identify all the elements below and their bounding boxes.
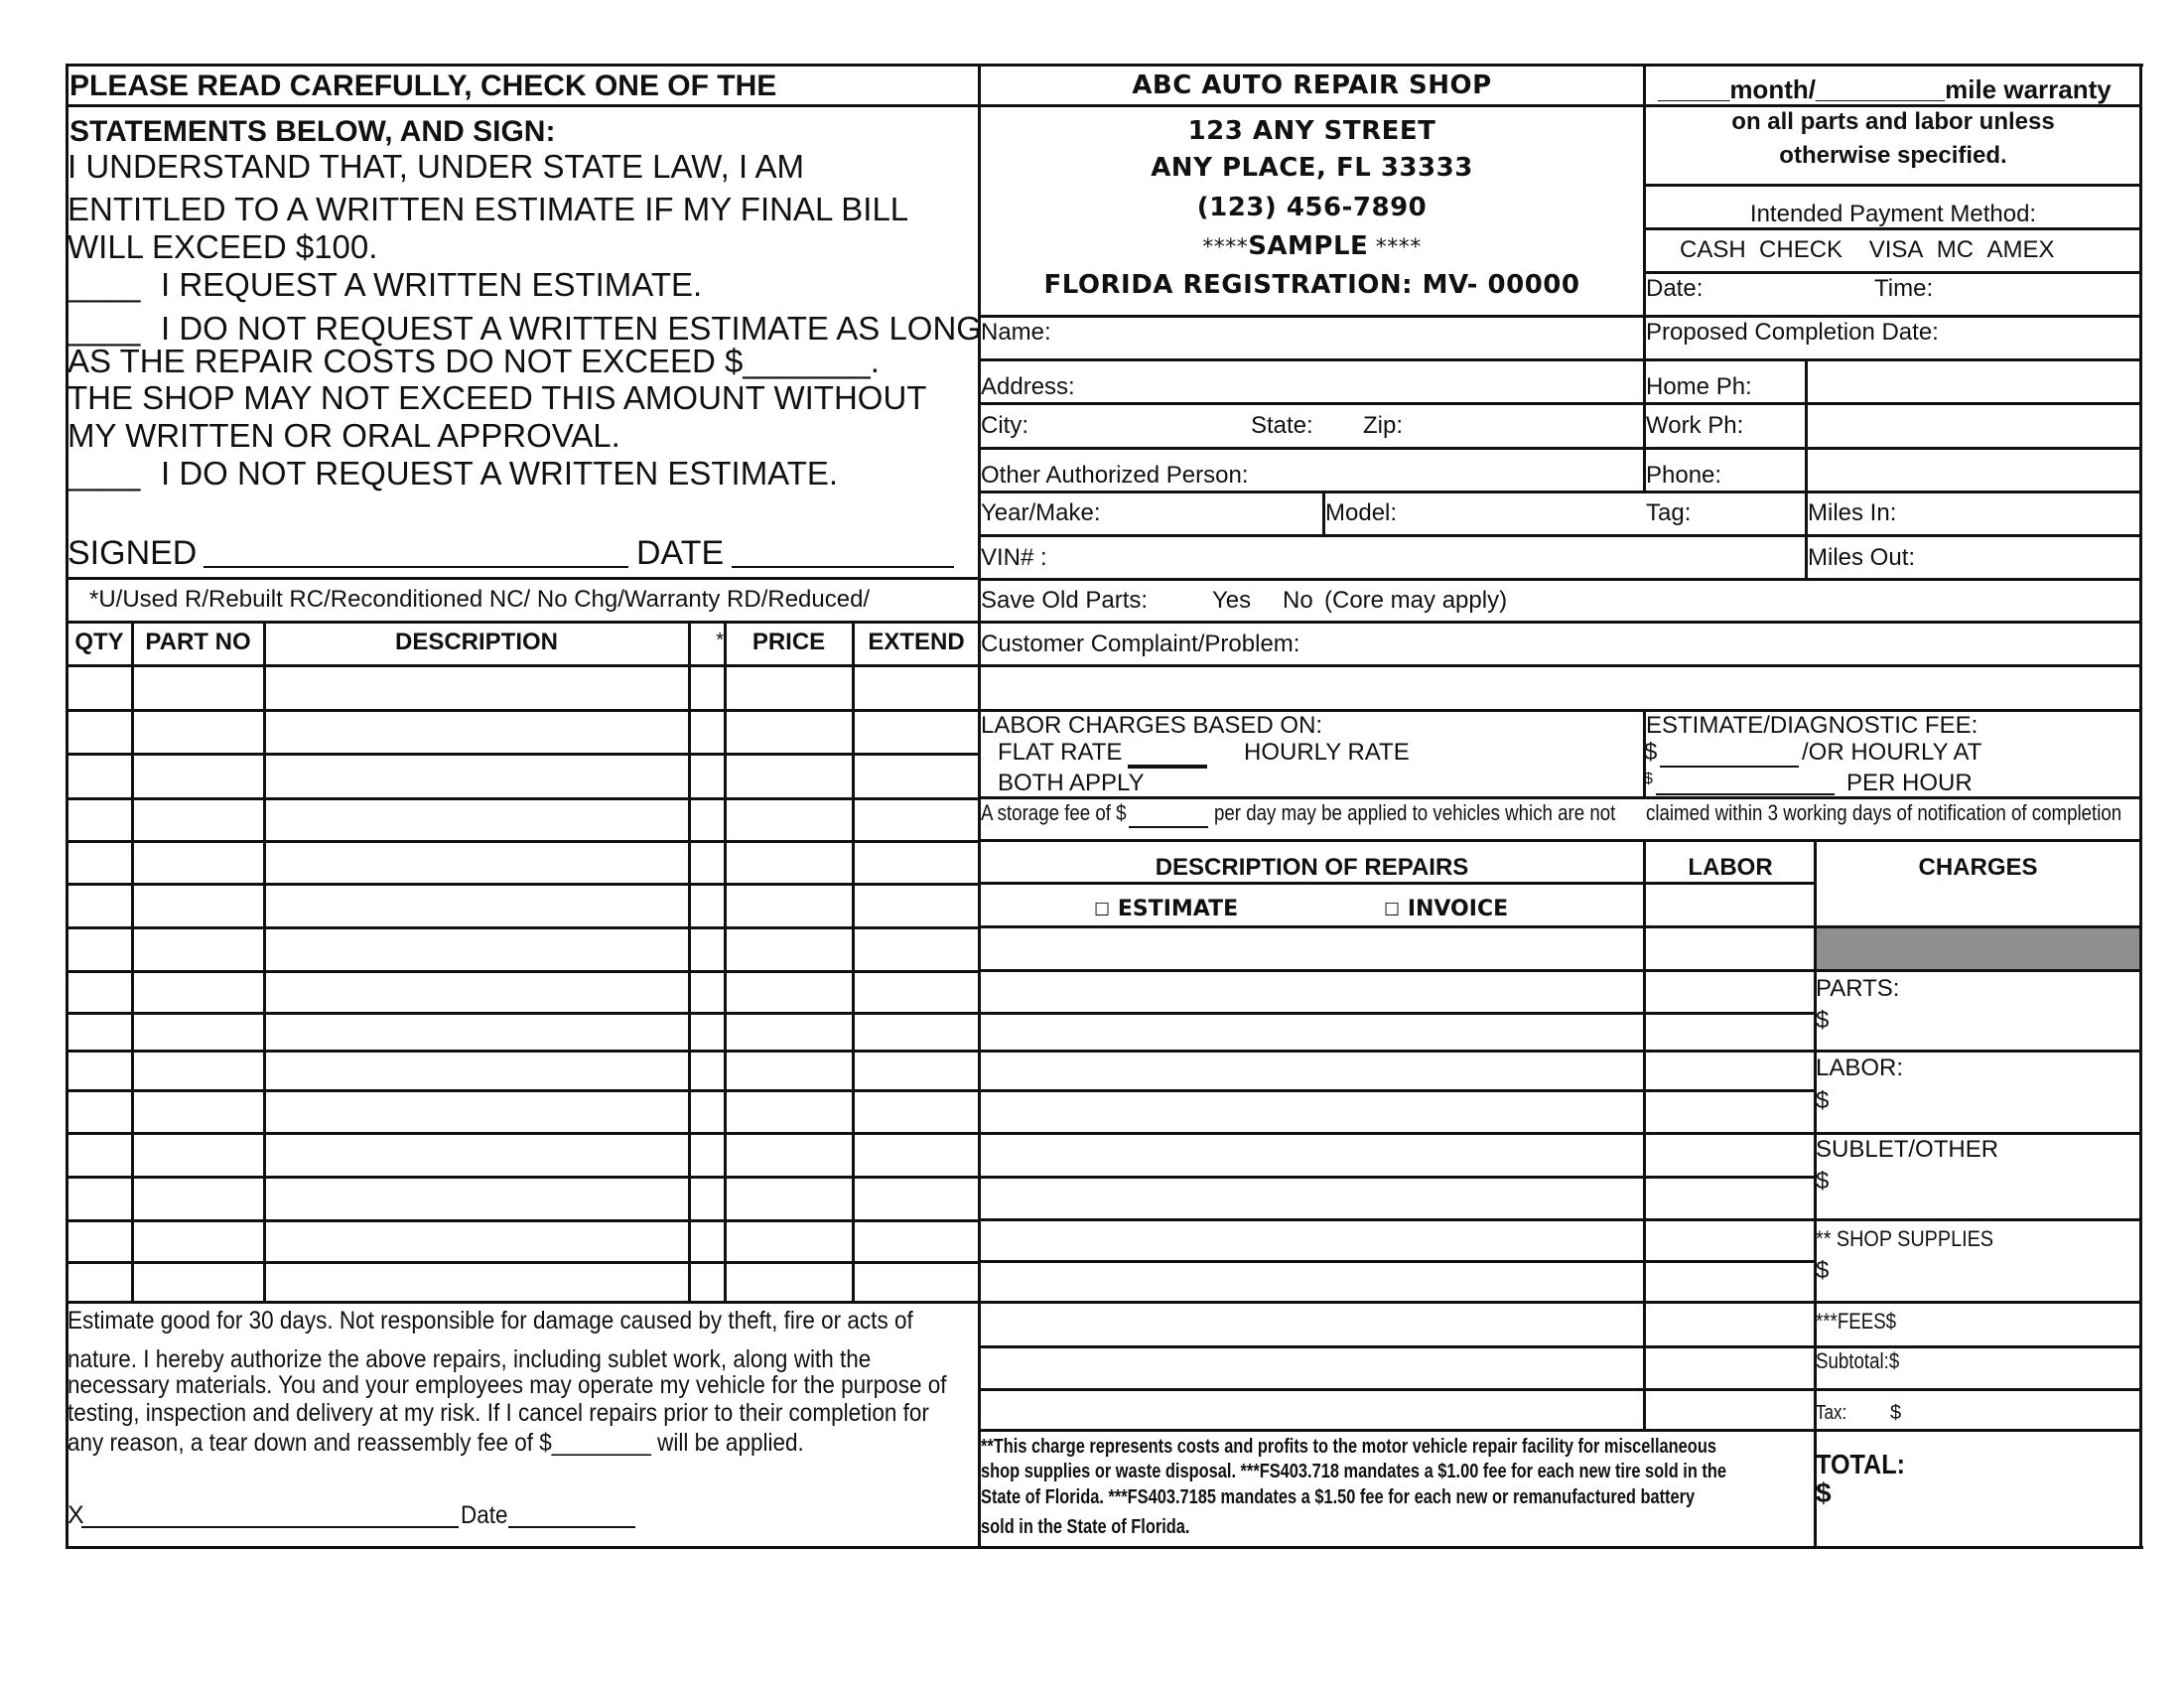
state-label: State: <box>1251 414 1313 438</box>
save-old-parts-no[interactable]: No <box>1283 589 1313 613</box>
phone-field[interactable] <box>1809 450 2136 490</box>
auth-line5: any reason, a tear down and reassembly f… <box>68 1431 804 1456</box>
repairs-charges-header: CHARGES <box>1817 856 2139 880</box>
work-phone-label: Work Ph: <box>1646 414 1743 438</box>
consent-intro-line1: I UNDERSTAND THAT, UNDER STATE LAW, I AM <box>68 150 804 183</box>
time-label: Time: <box>1874 277 1933 301</box>
storage-fee-mid: per day may be applied to vehicles which… <box>1214 802 1615 824</box>
miles-out-label: Miles Out: <box>1808 546 1915 570</box>
invoice-checkbox-label: INVOICE <box>1408 897 1508 921</box>
option1-text: I REQUEST A WRITTEN ESTIMATE. <box>161 268 702 301</box>
option2-text-line1: I DO NOT REQUEST A WRITTEN ESTIMATE AS L… <box>161 312 982 345</box>
payment-cash[interactable]: CASH <box>1680 236 1746 263</box>
sample-prefix: **** <box>1202 235 1248 260</box>
charges-sublet-dollar[interactable]: $ <box>1816 1170 1829 1194</box>
flat-rate-line[interactable] <box>1128 765 1207 769</box>
auth-x-label: X <box>68 1503 84 1528</box>
vin-label: VIN# : <box>981 546 1047 570</box>
consent-date-label: DATE <box>636 536 724 570</box>
charges-sublet-label: SUBLET/OTHER <box>1816 1138 1998 1162</box>
hourly-fee-dollar: $ <box>1644 772 1653 787</box>
estimate-fee-dollar: $ <box>1644 741 1657 765</box>
proposed-completion-label: Proposed Completion Date: <box>1646 321 1939 345</box>
option2-text-line3: THE SHOP MAY NOT EXCEED THIS AMOUNT WITH… <box>68 381 926 414</box>
address-field[interactable] <box>1082 361 1638 401</box>
shop-registration: FLORIDA REGISTRATION: MV- 00000 <box>981 272 1643 298</box>
invoice-checkbox[interactable]: ☐ INVOICE <box>1384 899 1508 920</box>
shop-sample-mark: ****SAMPLE **** <box>981 233 1643 259</box>
payment-visa[interactable]: VISA <box>1869 236 1924 263</box>
option3-text: I DO NOT REQUEST A WRITTEN ESTIMATE. <box>161 457 838 490</box>
sample-suffix: **** <box>1368 235 1422 260</box>
repairs-description-header: DESCRIPTION OF REPAIRS <box>981 856 1643 880</box>
miles-in-label: Miles In: <box>1808 501 1896 525</box>
warranty-mile-label: mile warranty <box>1945 74 2112 104</box>
charges-subtotal-label[interactable]: Subtotal:$ <box>1816 1350 1899 1372</box>
warranty-month-label: month/ <box>1729 74 1816 104</box>
consent-heading-line1: PLEASE READ CAREFULLY, CHECK ONE OF THE <box>69 71 776 101</box>
consent-heading-line2: STATEMENTS BELOW, AND SIGN: <box>69 117 555 147</box>
estimate-checkbox[interactable]: ☐ ESTIMATE <box>1094 899 1238 920</box>
charges-shop-supplies-dollar[interactable]: $ <box>1816 1259 1829 1283</box>
both-apply-label: BOTH APPLY <box>998 772 1145 795</box>
col-price: PRICE <box>726 631 852 654</box>
part-codes-legend: *U/Used R/Rebuilt RC/Reconditioned NC/ N… <box>89 588 870 612</box>
storage-fee-left: A storage fee of $ <box>981 802 1127 824</box>
signature-line[interactable] <box>204 566 628 568</box>
col-qty: QTY <box>68 631 131 654</box>
estimate-fee-label: ESTIMATE/DIAGNOSTIC FEE: <box>1646 714 1978 738</box>
consent-intro-line3: WILL EXCEED $100. <box>68 230 377 263</box>
storage-fee-right: claimed within 3 working days of notific… <box>1646 802 2121 824</box>
payment-mc[interactable]: MC <box>1937 236 1974 263</box>
name-label: Name: <box>981 321 1051 345</box>
option1-checkline[interactable]: ____ <box>68 268 140 301</box>
labor-based-on-label: LABOR CHARGES BASED ON: <box>981 714 1322 738</box>
other-person-label: Other Authorized Person: <box>981 464 1248 488</box>
charges-total-dollar[interactable]: $ <box>1816 1479 1832 1507</box>
save-old-parts-label: Save Old Parts: <box>981 589 1148 613</box>
repairs-labor-header: LABOR <box>1646 856 1815 880</box>
model-label: Model: <box>1325 501 1397 525</box>
footnote-line3: State of Florida. ***FS403.7185 mandates… <box>981 1487 1695 1507</box>
payment-amex[interactable]: AMEX <box>1986 236 2054 263</box>
estimate-checkbox-icon: ☐ <box>1094 900 1110 920</box>
save-old-parts-yes[interactable]: Yes <box>1212 589 1251 613</box>
flat-rate-label: FLAT RATE <box>998 741 1122 765</box>
footnote-line4: sold in the State of Florida. <box>981 1517 1189 1537</box>
charges-parts-label: PARTS: <box>1816 977 1899 1001</box>
repairs-labor-rows[interactable] <box>1646 928 1813 1428</box>
auth-date-label: Date <box>461 1503 508 1528</box>
charges-parts-dollar[interactable]: $ <box>1816 1009 1829 1033</box>
consent-date-line[interactable] <box>732 566 954 568</box>
payment-methods: CASH CHECK VISA MC AMEX <box>1680 238 2054 262</box>
signed-label: SIGNED <box>68 536 197 570</box>
parts-rows[interactable] <box>68 667 978 1301</box>
shop-phone: (123) 456-7890 <box>981 195 1643 220</box>
option2-text-line2: AS THE REPAIR COSTS DO NOT EXCEED $_____… <box>68 345 880 377</box>
home-phone-field[interactable] <box>1809 361 2136 401</box>
charges-shop-supplies-label: ** SHOP SUPPLIES <box>1816 1228 1993 1250</box>
consent-intro-line2: ENTITLED TO A WRITTEN ESTIMATE IF MY FIN… <box>68 193 908 225</box>
charges-fees-label[interactable]: ***FEES$ <box>1816 1311 1896 1333</box>
auth-date-line[interactable] <box>508 1526 635 1528</box>
charges-shaded-cell <box>1817 928 2139 969</box>
shop-name: ABC AUTO REPAIR SHOP <box>981 72 1643 98</box>
option2-checkline[interactable]: ____ <box>68 312 140 345</box>
warranty-line1: _____month/_________mile warranty <box>1658 76 2112 102</box>
storage-fee-line[interactable] <box>1129 826 1208 828</box>
option3-checkline[interactable]: ____ <box>68 457 140 490</box>
complaint-field[interactable] <box>981 667 2137 708</box>
estimate-fee-line[interactable] <box>1660 766 1799 768</box>
year-make-label: Year/Make: <box>981 501 1101 525</box>
warranty-line2: on all parts and labor unless <box>1646 110 2140 134</box>
charges-tax-dollar[interactable]: $ <box>1890 1403 1901 1423</box>
col-extend: EXTEND <box>854 631 979 654</box>
option2-text-line4: MY WRITTEN OR ORAL APPROVAL. <box>68 419 620 452</box>
hourly-fee-line[interactable] <box>1656 793 1835 795</box>
tag-label: Tag: <box>1646 501 1691 525</box>
col-description: DESCRIPTION <box>265 631 688 654</box>
sample-text: SAMPLE <box>1248 231 1368 261</box>
invoice-checkbox-icon: ☐ <box>1384 900 1400 920</box>
date-label: Date: <box>1646 277 1703 301</box>
charges-tax-label: Tax: <box>1816 1403 1846 1423</box>
auth-signature-line[interactable] <box>81 1526 459 1528</box>
zip-label: Zip: <box>1363 414 1403 438</box>
auth-line2: nature. I hereby authorize the above rep… <box>68 1347 871 1372</box>
payment-check[interactable]: CHECK <box>1759 236 1843 263</box>
or-hourly-at-label: /OR HOURLY AT <box>1802 741 1981 765</box>
shop-street: 123 ANY STREET <box>981 118 1643 144</box>
col-part-no: PART NO <box>133 631 263 654</box>
charges-labor-label: LABOR: <box>1816 1056 1903 1080</box>
shop-city: ANY PLACE, FL 33333 <box>981 155 1643 181</box>
auth-line1: Estimate good for 30 days. Not responsib… <box>68 1309 913 1334</box>
hourly-rate-label: HOURLY RATE <box>1244 741 1410 765</box>
warranty-month-blank[interactable]: _____ <box>1658 74 1729 104</box>
per-hour-label: PER HOUR <box>1846 772 1973 795</box>
col-code: * <box>691 631 724 650</box>
name-field[interactable] <box>1062 318 1638 357</box>
footnote-line2: shop supplies or waste disposal. ***FS40… <box>981 1462 1726 1481</box>
auth-line3: necessary materials. You and your employ… <box>68 1373 946 1398</box>
charges-labor-dollar[interactable]: $ <box>1816 1089 1829 1113</box>
warranty-mile-blank[interactable]: _________ <box>1816 74 1945 104</box>
home-phone-label: Home Ph: <box>1646 375 1752 399</box>
work-phone-field[interactable] <box>1809 405 2136 445</box>
warranty-line3: otherwise specified. <box>1646 144 2140 168</box>
footnote-line1: **This charge represents costs and profi… <box>981 1437 1716 1457</box>
city-label: City: <box>981 414 1028 438</box>
auth-line4: testing, inspection and delivery at my r… <box>68 1401 929 1426</box>
repairs-description-rows[interactable] <box>981 928 1642 1428</box>
payment-method-label: Intended Payment Method: <box>1646 203 2140 226</box>
phone-label: Phone: <box>1646 464 1721 488</box>
complaint-label: Customer Complaint/Problem: <box>981 633 1299 656</box>
address-label: Address: <box>981 375 1075 399</box>
estimate-checkbox-label: ESTIMATE <box>1118 897 1238 921</box>
core-note: (Core may apply) <box>1324 589 1507 613</box>
charges-total-label: TOTAL: <box>1816 1451 1905 1478</box>
